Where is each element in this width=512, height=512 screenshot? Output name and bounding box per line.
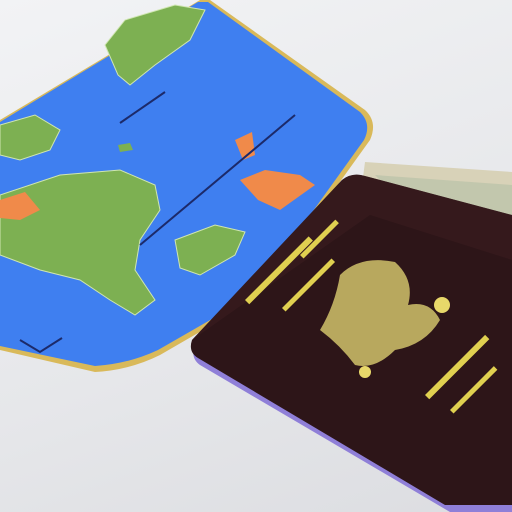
scene-illustration (0, 0, 512, 512)
photo-scene (0, 0, 512, 512)
